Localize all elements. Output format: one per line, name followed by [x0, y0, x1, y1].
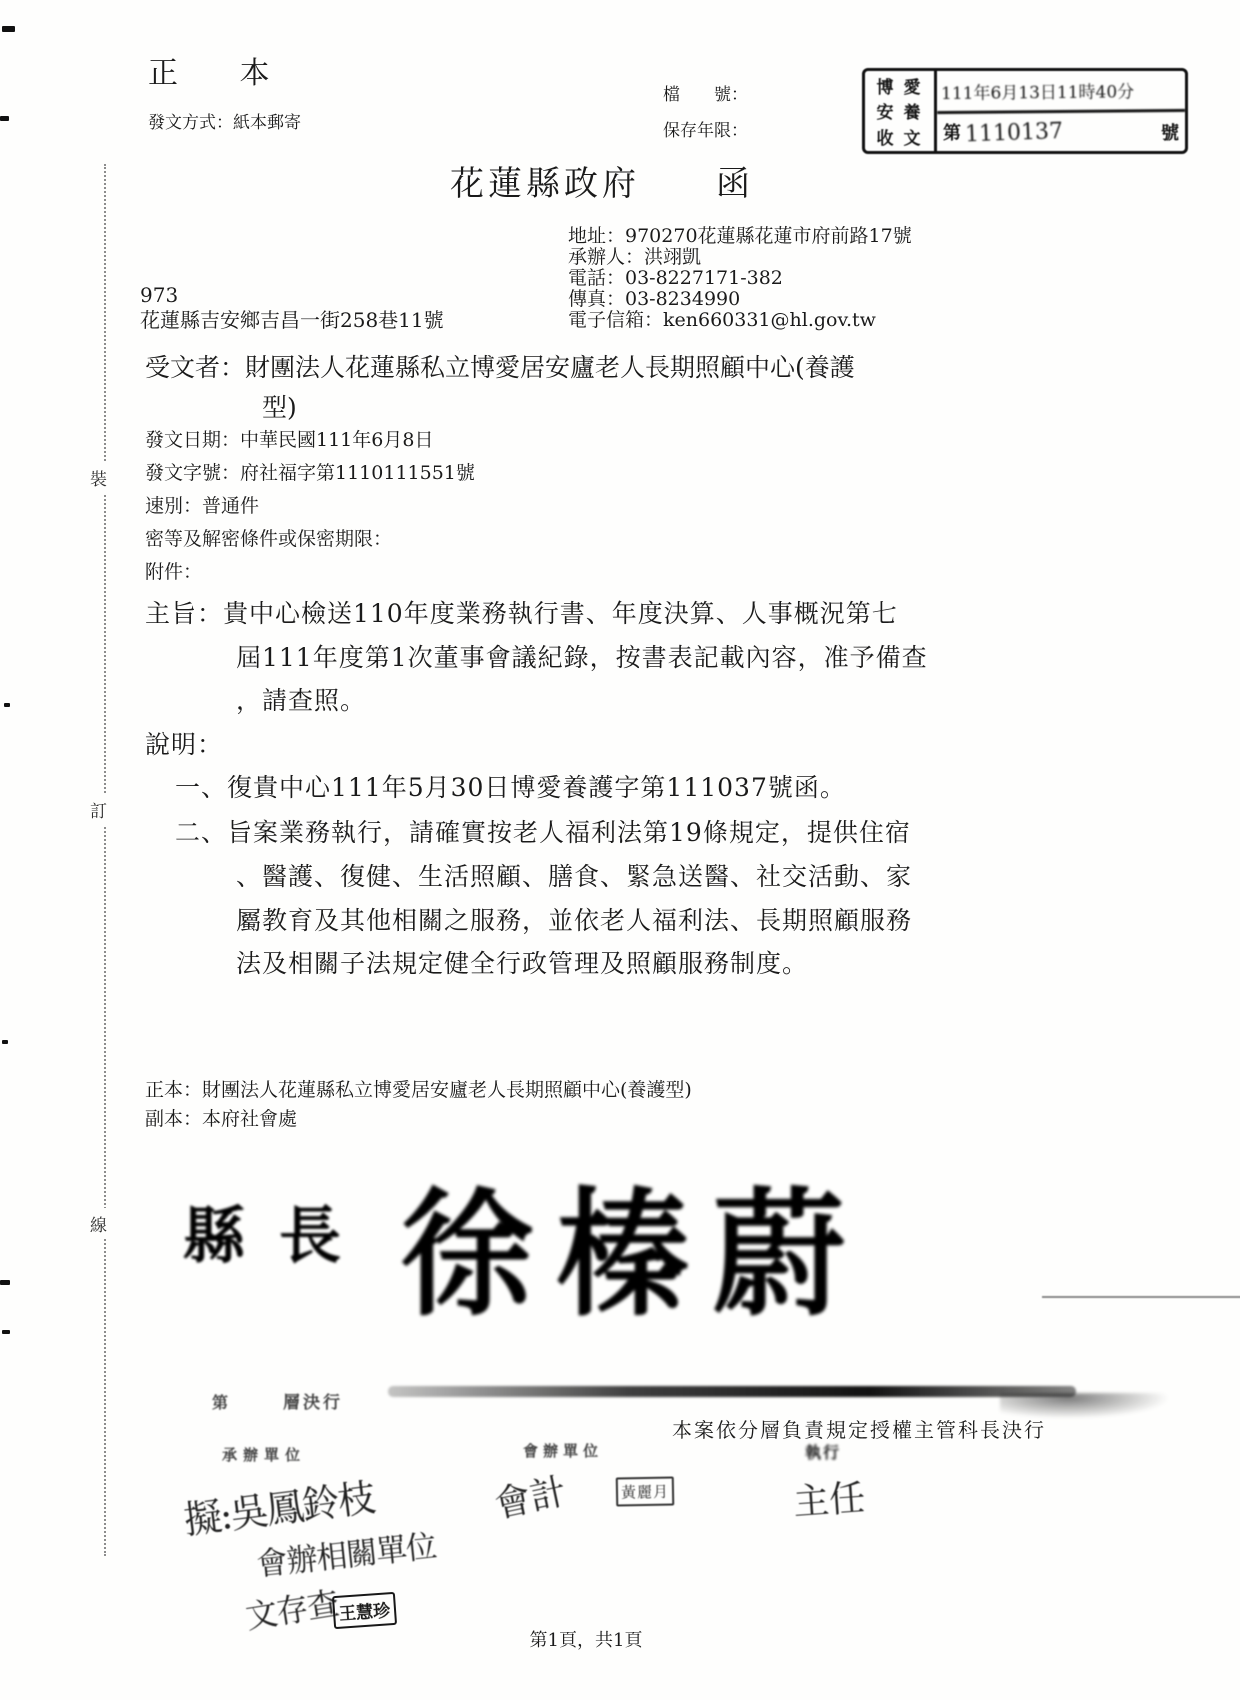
magistrate-name: 徐榛蔚: [401, 1144, 869, 1342]
original-recipient-line: 正本：財團法人花蓮縣私立博愛居安廬老人長期照顧中心(養護型): [145, 1075, 692, 1102]
document-number: 發文字號：府社福字第1110111551號: [145, 457, 475, 490]
subject-line-3: ，請查照。: [236, 681, 366, 717]
sender-contact-block: 地址：970270花蓮縣花蓮市府前路17號 承辦人：洪翊凱 電話：03-8227…: [568, 226, 912, 331]
magistrate-title: 縣長: [183, 1186, 375, 1275]
scan-artifact: [4, 703, 10, 707]
sender-contact-person: 承辦人：洪翊凱: [568, 247, 912, 268]
subject-line-1: 主旨：貴中心檢送110年度業務執行書、年度決算、人事概況第七: [145, 594, 898, 630]
receipt-stamp-org: 博 愛 安 養 收 文: [865, 71, 937, 151]
page-number: 第1頁，共1頁: [0, 1626, 1206, 1652]
delivery-method: 發文方式：紙本郵寄: [148, 108, 301, 133]
explanation-item-2-line-3: 屬教育及其他相關之服務，並依老人福利法、長期照顧服務: [236, 901, 912, 937]
document-meta-block: 發文日期：中華民國111年6月8日 發文字號：府社福字第1110111551號 …: [145, 424, 475, 589]
execution-label: 執行: [805, 1440, 841, 1463]
approval-header-prefix: 第: [212, 1390, 228, 1413]
scanned-official-letter: 裝 訂 線 正 本 發文方式：紙本郵寄 檔 號： 保存年限： 博 愛 安 養 收…: [0, 0, 1240, 1700]
co-handling-handwriting: 會計: [489, 1463, 570, 1528]
sender-phone: 電話：03-8227171-382: [568, 268, 912, 289]
explanation-item-2-line-2: 、醫護、復健、生活照顧、膳食、緊急送醫、社交活動、家: [236, 857, 912, 893]
explanation-item-2-line-1: 二、旨案業務執行，請確實按老人福利法第19條規定，提供住宿: [175, 813, 911, 849]
priority: 速別：普通件: [145, 490, 475, 523]
receipt-number-handwritten: 1110137: [965, 116, 1162, 148]
receipt-stamp-org-line: 博 愛: [877, 73, 923, 98]
explanation-item-1: 一、復貴中心111年5月30日博愛養護字第111037號函。: [175, 768, 846, 804]
scan-artifact: [2, 26, 15, 32]
receipt-stamp: 博 愛 安 養 收 文 111年6月13日11時40分 第 1110137 號: [862, 68, 1188, 154]
delegation-note: 本案依分層負責規定授權主管科長決行: [672, 1414, 1046, 1443]
ink-smudge-bar: [388, 1386, 1076, 1397]
binding-dotted-line: [104, 164, 106, 1556]
subject-line-2: 屆111年度第1次董事會議紀錄，按書表記載內容，准予備查: [236, 638, 928, 674]
sender-email: 電子信箱：ken660331@hl.gov.tw: [568, 310, 912, 331]
co-handling-unit-label: 會辦單位: [523, 1440, 603, 1461]
scan-artifact: [0, 116, 9, 121]
security-class: 密等及解密條件或保密期限：: [145, 523, 475, 556]
receipt-number-prefix: 第: [943, 119, 961, 145]
scan-artifact: [0, 1280, 10, 1285]
receipt-date-handwritten: 111年6月13日11時40分: [937, 70, 1185, 114]
copy-recipient-line: 副本：本府社會處: [145, 1104, 297, 1131]
binding-label-zhuang: 裝: [90, 462, 107, 493]
document-title: 花蓮縣政府 函: [0, 156, 1222, 205]
magistrate-signature-stamp: 縣長 徐榛蔚: [183, 1148, 869, 1338]
execution-handwriting: 主任: [791, 1470, 866, 1526]
retention-period-label: 保存年限：: [663, 116, 748, 141]
receipt-stamp-fields: 111年6月13日11時40分 第 1110137 號: [937, 71, 1185, 151]
name-stamp-wang-hui-chen: 王慧珍: [332, 1592, 397, 1629]
receipt-number-row: 第 1110137 號: [937, 113, 1185, 152]
name-stamp-huang-li-yue: 黃麗月: [616, 1476, 675, 1506]
issue-date: 發文日期：中華民國111年6月8日: [145, 424, 475, 457]
sender-fax: 傳真：03-8234990: [568, 289, 912, 310]
receipt-stamp-org-line: 收 文: [877, 124, 923, 149]
copy-type-label: 正 本: [148, 48, 296, 92]
file-number-label: 檔 號：: [663, 80, 748, 105]
binding-label-xian: 線: [90, 1208, 107, 1239]
drafting-unit-label: 承辦單位: [222, 1444, 306, 1465]
sender-address: 地址：970270花蓮縣花蓮市府前路17號: [568, 226, 912, 247]
receipt-stamp-org-line: 安 養: [877, 98, 923, 123]
scan-artifact: [2, 1330, 10, 1334]
explanation-item-2-line-4: 法及相關子法規定健全行政管理及照顧服務制度。: [236, 944, 808, 980]
recipient-line-1: 受文者：財團法人花蓮縣私立博愛居安廬老人長期照顧中心(養護: [145, 348, 855, 384]
signature-underline: [1042, 1296, 1240, 1298]
recipient-line-2: 型): [262, 388, 297, 424]
binding-label-ding: 訂: [90, 794, 107, 825]
approval-header-suffix: 層決行: [283, 1388, 343, 1413]
scan-artifact: [2, 1040, 8, 1044]
receipt-number-suffix: 號: [1161, 119, 1179, 145]
recipient-street: 花蓮縣吉安鄉吉昌一街258巷11號: [140, 304, 444, 333]
attachment-label: 附件：: [145, 556, 475, 589]
explanation-heading: 說明：: [145, 725, 223, 761]
